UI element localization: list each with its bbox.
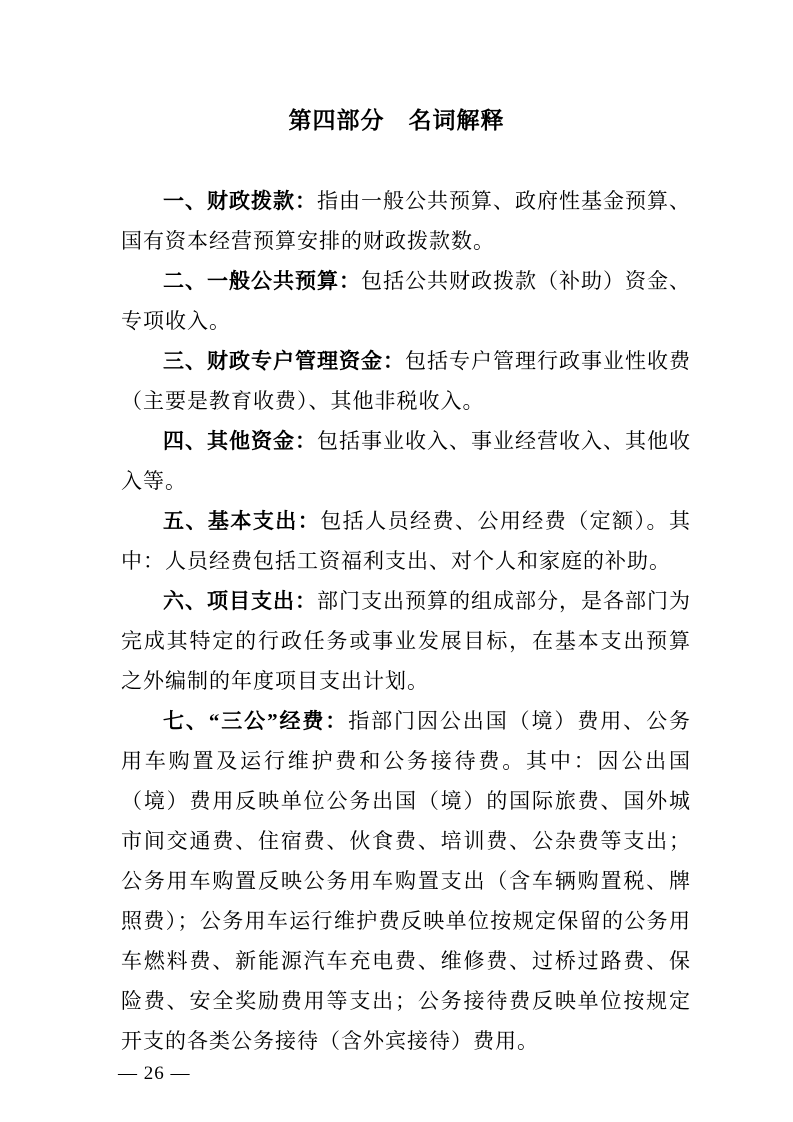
term-label: 五、基本支出：	[163, 509, 320, 533]
term-definition: 指部门因公出国（境）费用、公务用车购置及运行维护费和公务接待费。其中：因公出国（…	[121, 709, 691, 1053]
page-title: 第四部分 名词解释	[0, 103, 793, 137]
term-label: 四、其他资金：	[163, 429, 317, 453]
document-page: 第四部分 名词解释 一、财政拨款：指由一般公共预算、政府性基金预算、国有资本经营…	[0, 0, 793, 1122]
term-label: 六、项目支出：	[163, 589, 317, 613]
definition-paragraph: 五、基本支出：包括人员经费、公用经费（定额）。其中：人员经费包括工资福利支出、对…	[121, 501, 691, 581]
term-label: 七、“三公”经费：	[163, 709, 348, 733]
definition-paragraph: 七、“三公”经费：指部门因公出国（境）费用、公务用车购置及运行维护费和公务接待费…	[121, 701, 691, 1061]
page-number: — 26 —	[118, 1061, 691, 1087]
definition-paragraph: 二、一般公共预算：包括公共财政拨款（补助）资金、专项收入。	[121, 261, 691, 341]
definition-paragraph: 一、财政拨款：指由一般公共预算、政府性基金预算、国有资本经营预算安排的财政拨款数…	[121, 181, 691, 261]
document-body: 一、财政拨款：指由一般公共预算、政府性基金预算、国有资本经营预算安排的财政拨款数…	[121, 181, 691, 1061]
term-label: 三、财政专户管理资金：	[163, 349, 405, 373]
definition-paragraph: 四、其他资金：包括事业收入、事业经营收入、其他收入等。	[121, 421, 691, 501]
term-label: 一、财政拨款：	[163, 189, 317, 213]
definition-paragraph: 三、财政专户管理资金：包括专户管理行政事业性收费（主要是教育收费）、其他非税收入…	[121, 341, 691, 421]
definition-paragraph: 六、项目支出：部门支出预算的组成部分，是各部门为完成其特定的行政任务或事业发展目…	[121, 581, 691, 701]
term-label: 二、一般公共预算：	[163, 269, 361, 293]
